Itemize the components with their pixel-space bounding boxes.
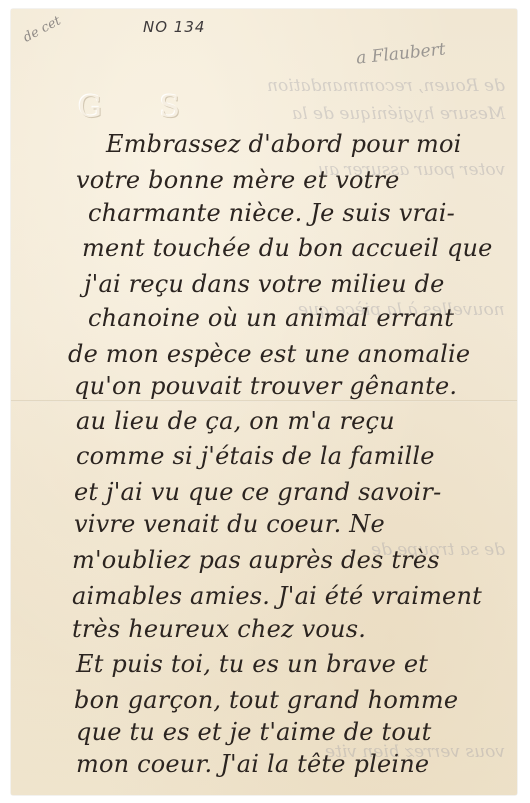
letter-line: ment touchée du bon accueil que: [82, 234, 493, 262]
letter-line: charmante nièce. Je suis vrai-: [88, 199, 455, 227]
letter-line: et j'ai vu que ce grand savoir-: [74, 478, 441, 506]
letter-line: très heureux chez vous.: [72, 615, 366, 643]
letter-line: bon garçon, tout grand homme: [74, 686, 458, 714]
letter-line: comme si j'étais de la famille: [76, 442, 435, 470]
catalog-number: NO 134: [143, 18, 205, 36]
letter-line: de mon espèce est une anomalie: [68, 340, 470, 368]
letter-line: Embrassez d'abord pour moi: [106, 130, 462, 158]
letter-line: vivre venait du coeur. Ne: [74, 510, 385, 538]
letter-line: que tu es et je t'aime de tout: [76, 718, 432, 746]
embossed-monogram: G S: [78, 90, 204, 125]
letter-line: Et puis toi, tu es un brave et: [76, 650, 428, 678]
letter-line: votre bonne mère et votre: [76, 166, 400, 194]
letter-line: qu'on pouvait trouver gênante.: [74, 372, 457, 400]
letter-line: aimables amies. J'ai été vraiment: [72, 582, 482, 610]
bleed-through-line: Mesure hygiénique de la: [292, 104, 505, 124]
letter-line: mon coeur. J'ai la tête pleine: [76, 750, 429, 778]
letter-line: chanoine où un animal errant: [88, 304, 454, 332]
letter-line: au lieu de ça, on m'a reçu: [76, 407, 395, 435]
letter-line: m'oubliez pas auprès des très: [72, 546, 440, 574]
letter-line: j'ai reçu dans votre milieu de: [84, 270, 445, 298]
bleed-through-line: de Rouen, recommandation: [267, 76, 505, 96]
paper-fold-crease: [11, 400, 517, 402]
